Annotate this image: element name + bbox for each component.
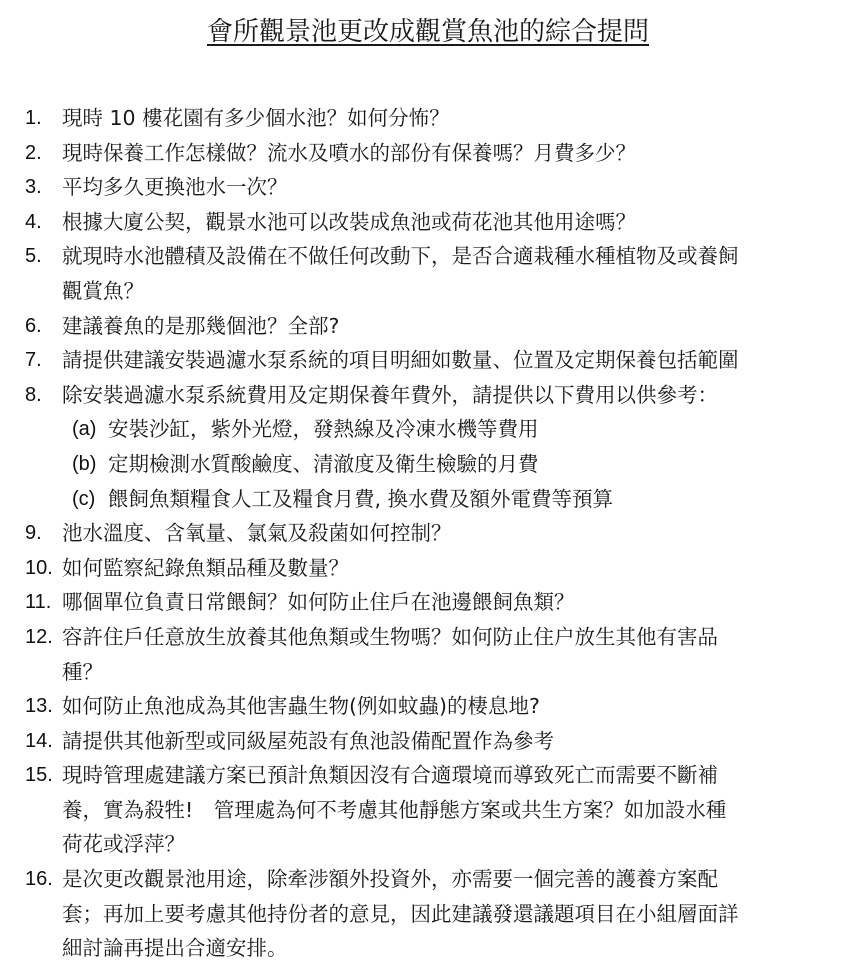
question-text: 現時保養工作怎樣做？流水及噴水的部份有保養嗎？月費多少？ — [62, 141, 636, 165]
question-text: 請提供建議安裝過濾水泵系統的項目明細如數量、位置及定期保養包括範圍 — [62, 348, 739, 372]
question-text-continued: 荷花或浮萍？ — [62, 832, 185, 856]
question-number: 7. — [25, 343, 42, 378]
question-number: 3. — [25, 170, 42, 205]
question-number: 1. — [25, 101, 42, 136]
question-text: 是次更改觀景池用途，除牽涉額外投資外，亦需要一個完善的護養方案配 — [62, 867, 718, 891]
question-number: 15. — [25, 758, 53, 793]
question-text-continued: 養，實為殺牲! 管理處為何不考慮其他靜態方案或共生方案？如加設水種 — [62, 798, 726, 822]
question-text: 建議養魚的是那幾個池？全部? — [62, 314, 339, 338]
question-text: 現時 10 樓花園有多少個水池？如何分怖？ — [62, 106, 450, 130]
question-text: 請提供其他新型或同級屋苑設有魚池設備配置作為參考 — [62, 729, 554, 753]
sub-item-text: 安裝沙缸，紫外光燈，發熱線及冷凍水機等費用 — [108, 417, 539, 441]
question-1: 1.現時 10 樓花園有多少個水池？如何分怖？ — [0, 101, 856, 136]
sub-item-b: (b)定期檢測水質酸鹼度、清澈度及衛生檢驗的月費 — [0, 447, 856, 482]
question-5: 5.就現時水池體積及設備在不做任何改動下，是否合適栽種水種植物及或養飼 觀賞魚？ — [0, 239, 856, 308]
question-text: 如何監察紀錄魚類品種及數量？ — [62, 556, 349, 580]
question-text-continued: 種？ — [62, 660, 103, 684]
sub-item-text: 餵飼魚類糧食人工及糧食月費, 換水費及額外電費等預算 — [108, 487, 613, 511]
question-text: 除安裝過濾水泵系統費用及定期保養年費外，請提供以下費用以供參考： — [62, 383, 718, 407]
question-15: 15.現時管理處建議方案已預計魚類因沒有合適環境而導致死亡而需要不斷補 養，實為… — [0, 758, 856, 862]
question-number: 12. — [25, 620, 53, 655]
question-4: 4.根據大廈公契，觀景水池可以改裝成魚池或荷花池其他用途嗎？ — [0, 205, 856, 240]
question-16: 16.是次更改觀景池用途，除牽涉額外投資外，亦需要一個完善的護養方案配 套；再加… — [0, 862, 856, 966]
question-number: 4. — [25, 205, 42, 240]
question-13: 13.如何防止魚池成為其他害蟲生物(例如蚊蟲)的棲息地? — [0, 689, 856, 724]
question-text: 池水溫度、含氧量、氯氣及殺菌如何控制？ — [62, 521, 452, 545]
question-text: 如何防止魚池成為其他害蟲生物(例如蚊蟲)的棲息地? — [62, 694, 540, 718]
question-number: 5. — [25, 239, 42, 274]
question-text: 哪個單位負責日常餵飼？如何防止住戶在池邊餵飼魚類？ — [62, 590, 575, 614]
question-number: 11. — [25, 585, 51, 620]
sub-item-label: (b) — [72, 447, 96, 482]
question-text: 根據大廈公契，觀景水池可以改裝成魚池或荷花池其他用途嗎？ — [62, 210, 636, 234]
question-list: 1.現時 10 樓花園有多少個水池？如何分怖？ 2.現時保養工作怎樣做？流水及噴… — [0, 101, 856, 966]
question-8: 8.除安裝過濾水泵系統費用及定期保養年費外，請提供以下費用以供參考： (a)安裝… — [0, 378, 856, 516]
question-number: 6. — [25, 309, 42, 344]
sub-item-label: (c) — [72, 482, 95, 517]
sub-item-text: 定期檢測水質酸鹼度、清澈度及衛生檢驗的月費 — [108, 452, 539, 476]
question-12: 12.容許住戶任意放生放養其他魚類或生物嗎？如何防止住户放生其他有害品 種？ — [0, 620, 856, 689]
question-10: 10.如何監察紀錄魚類品種及數量？ — [0, 551, 856, 586]
question-number: 10. — [25, 551, 53, 586]
question-text: 容許住戶任意放生放養其他魚類或生物嗎？如何防止住户放生其他有害品 — [62, 625, 718, 649]
question-11: 11.哪個單位負責日常餵飼？如何防止住戶在池邊餵飼魚類？ — [0, 585, 856, 620]
question-number: 9. — [25, 516, 42, 551]
question-text: 現時管理處建議方案已預計魚類因沒有合適環境而導致死亡而需要不斷補 — [62, 763, 718, 787]
question-text-continued: 細討論再提出合適安排。 — [62, 936, 288, 960]
sub-item-list: (a)安裝沙缸，紫外光燈，發熱線及冷凍水機等費用 (b)定期檢測水質酸鹼度、清澈… — [0, 412, 856, 516]
question-7: 7.請提供建議安裝過濾水泵系統的項目明細如數量、位置及定期保養包括範圍 — [0, 343, 856, 378]
question-number: 13. — [25, 689, 53, 724]
question-number: 16. — [25, 862, 53, 897]
sub-item-label: (a) — [72, 412, 96, 447]
question-text: 就現時水池體積及設備在不做任何改動下，是否合適栽種水種植物及或養飼 — [62, 244, 739, 268]
question-text: 平均多久更換池水一次？ — [62, 175, 288, 199]
question-3: 3.平均多久更換池水一次？ — [0, 170, 856, 205]
question-9: 9.池水溫度、含氧量、氯氣及殺菌如何控制？ — [0, 516, 856, 551]
sub-item-a: (a)安裝沙缸，紫外光燈，發熱線及冷凍水機等費用 — [0, 412, 856, 447]
question-number: 2. — [25, 136, 42, 171]
question-2: 2.現時保養工作怎樣做？流水及噴水的部份有保養嗎？月費多少？ — [0, 136, 856, 171]
question-number: 8. — [25, 378, 42, 413]
question-text-continued: 套；再加上要考慮其他持份者的意見，因此建議發還議題項目在小組層面詳 — [62, 902, 739, 926]
question-number: 14. — [25, 724, 53, 759]
document-title: 會所觀景池更改成觀賞魚池的綜合提問 — [0, 14, 856, 50]
question-6: 6.建議養魚的是那幾個池？全部? — [0, 309, 856, 344]
question-text-continued: 觀賞魚？ — [62, 279, 144, 303]
question-14: 14.請提供其他新型或同級屋苑設有魚池設備配置作為參考 — [0, 724, 856, 759]
document-title-text: 會所觀景池更改成觀賞魚池的綜合提問 — [207, 17, 649, 47]
sub-item-c: (c)餵飼魚類糧食人工及糧食月費, 換水費及額外電費等預算 — [0, 482, 856, 517]
